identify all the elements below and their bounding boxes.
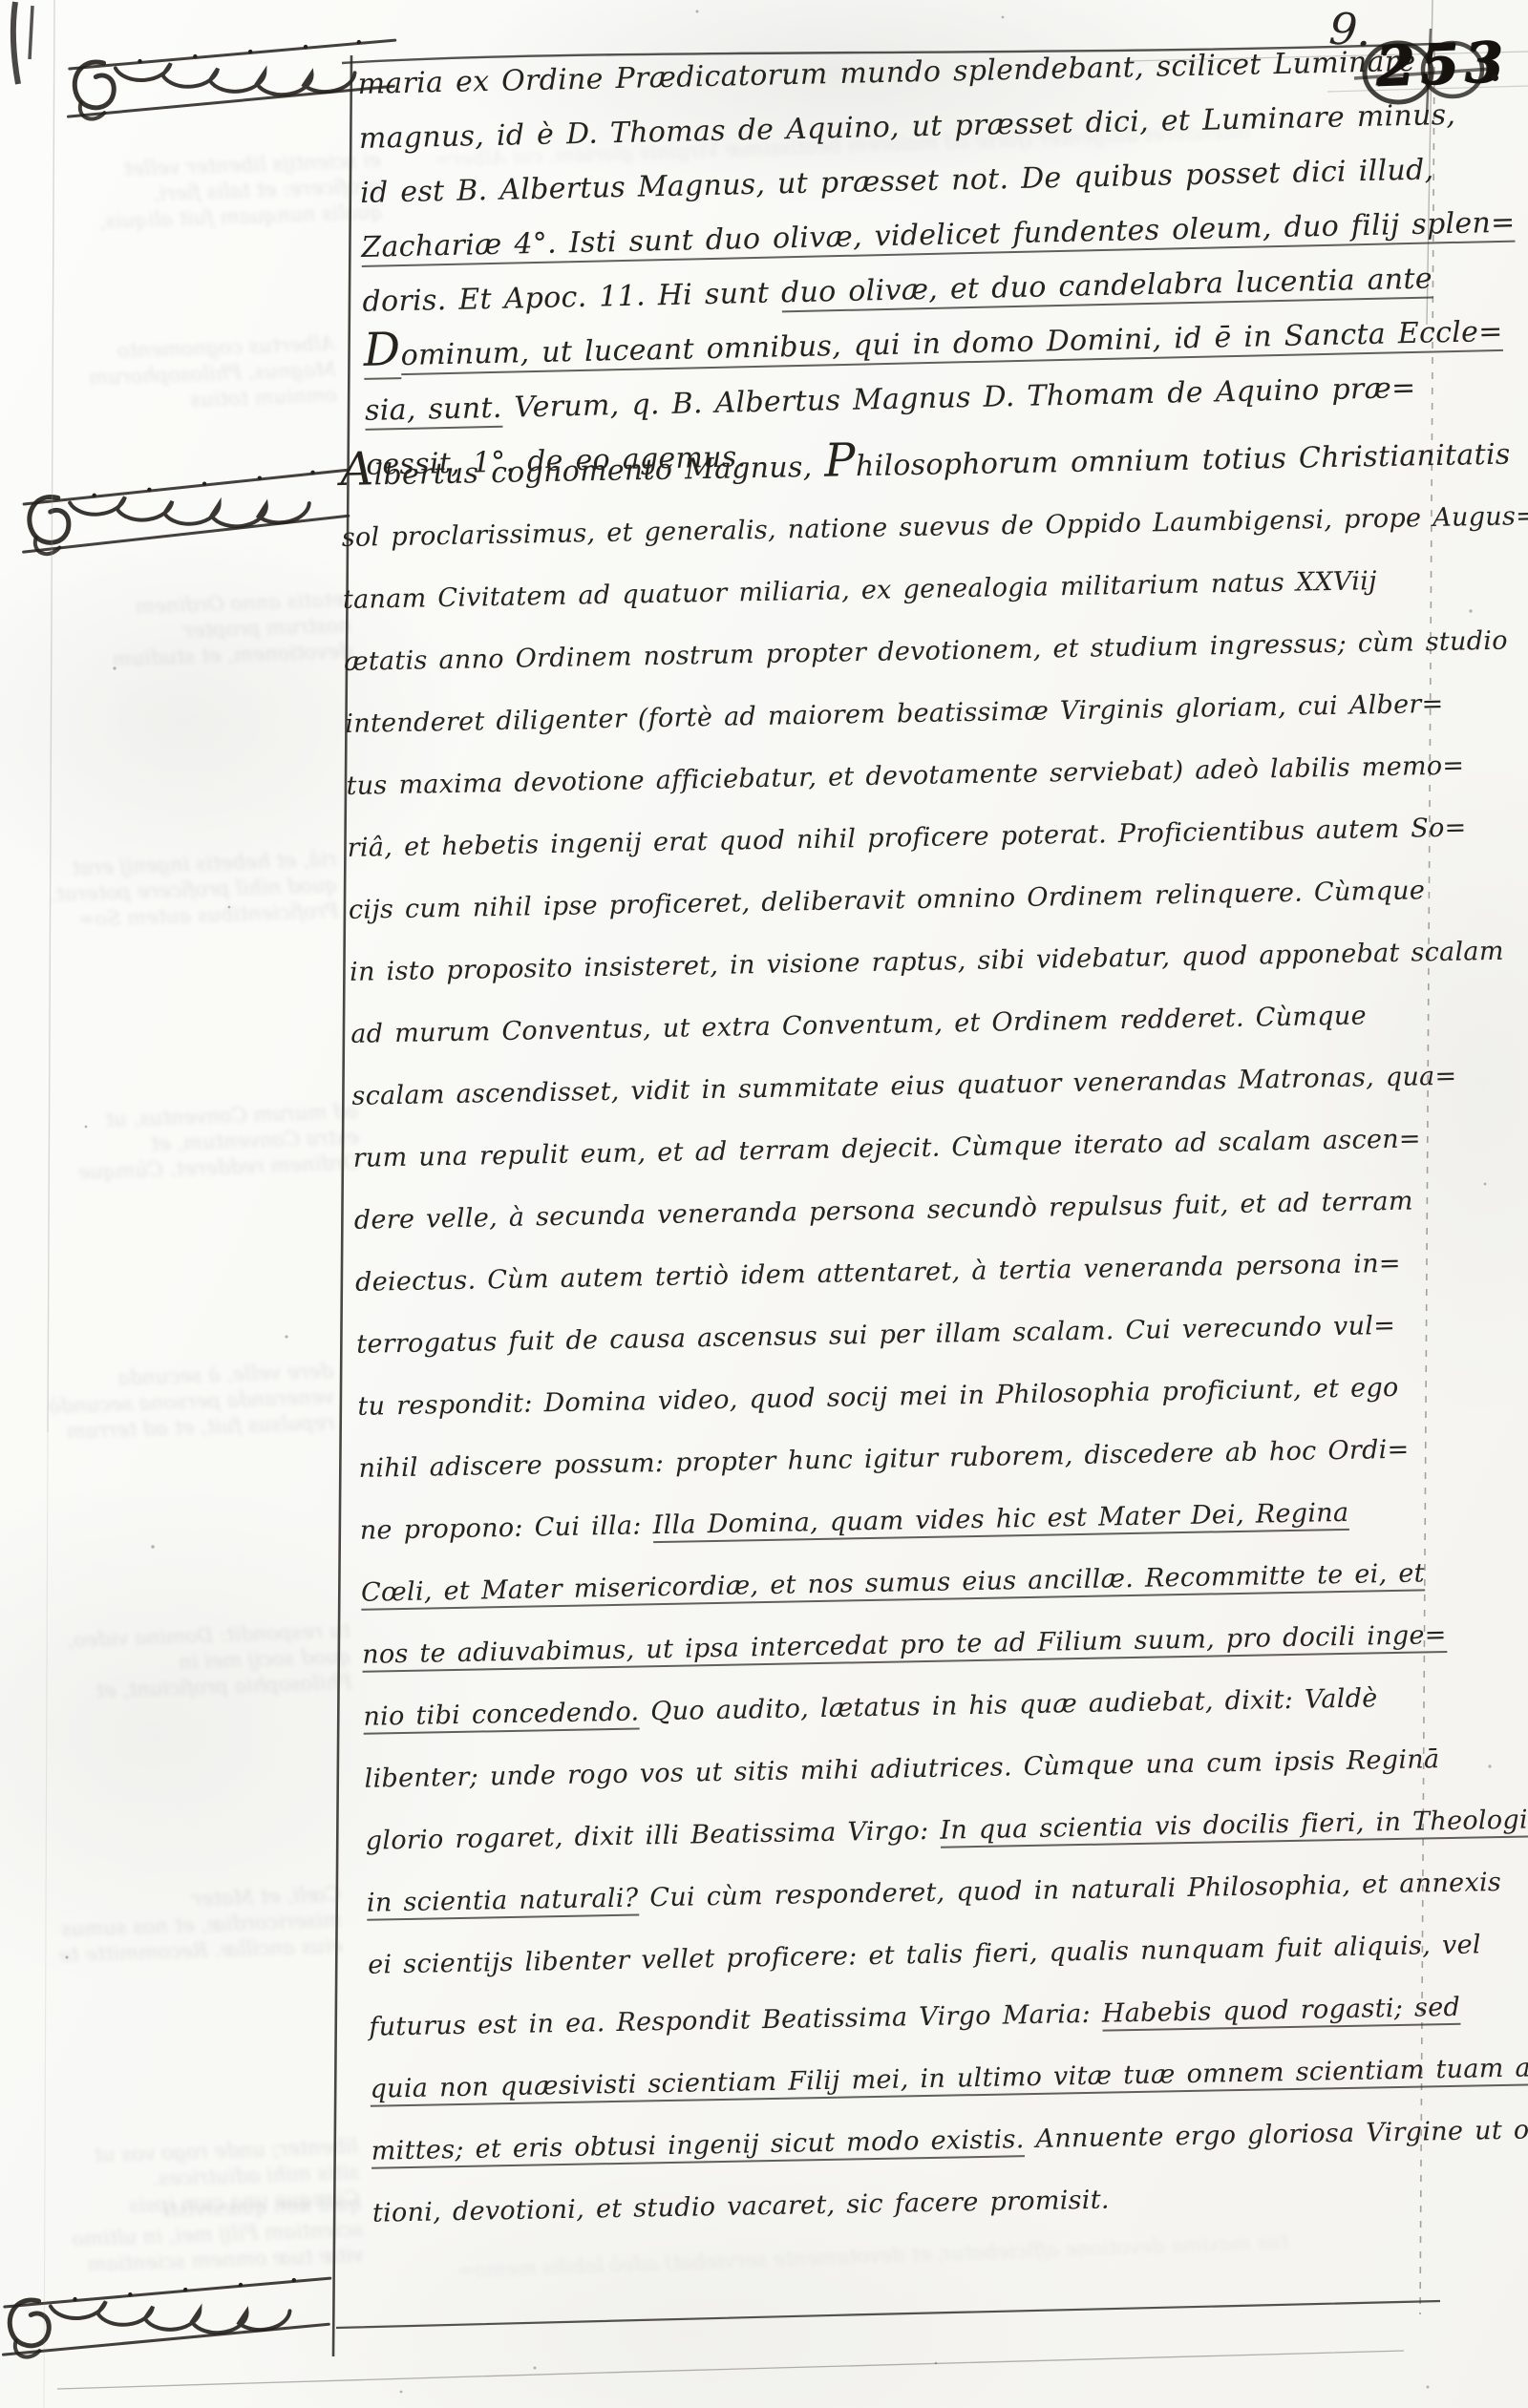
text-segment: In qua scientia vis docilis fieri, in Th… [940,1804,1528,1848]
margin-mark-top-left-2 [30,6,32,59]
ornamental-band-middle [19,468,353,556]
text-segment: nos te adiuvabimus, ut ipsa intercedat p… [362,1620,1447,1673]
bleed-through-line: Albertus cognomento Magnus, Philosophoru… [39,331,338,422]
text-segment: ætatis anno Ordinem nostrum propter devo… [344,626,1508,677]
text-segment: intenderet diligenter (fortè ad maiorem … [345,689,1444,739]
text-segment: cijs cum nihil ipse proficeret, delibera… [349,876,1426,925]
bleed-through-line: Cœli, et Mater misericordiæ, et nos sumu… [45,1882,344,1973]
bleed-through-line: dere velle, à secunda veneranda persona … [37,1359,336,1449]
paper-edge-line [48,0,54,1432]
text-segment: in isto proposito insisteret, in visione… [350,937,1504,987]
text-segment: doris. Et Apoc. 11. Hi sunt [362,276,781,319]
text-segment: Illa Domina, quam vides hic est Mater De… [652,1498,1348,1543]
text-segment: dere velle, à secunda veneranda persona … [354,1187,1413,1236]
ornamental-band-top [65,38,398,120]
text-segment: Annuente ergo gloriosa Virgine ut ora= [1024,2115,1528,2155]
bleed-through-line: tu respondit: Domina video, quod socij m… [54,1618,353,1709]
manuscript-page: 9. 253 Albertus cognomento Magnus, Philo… [0,0,1528,2408]
text-segment: terrogatus fuit de causa ascensus sui pe… [356,1311,1395,1360]
text-segment: libenter; unde rogo vos ut sitis mihi ad… [364,1744,1439,1794]
text-segment: hilosophorum omnium totius Christianitat… [856,438,1511,484]
text-segment: tioni, devotioni, et studio vacaret, sic… [372,2186,1110,2228]
text-segment: glorio rogaret, dixit illi Beatissima Vi… [366,1816,941,1856]
text-segment: quia non quæsivisti scientiam Filij mei,… [370,2053,1528,2107]
margin-mark-top-left-1 [13,2,18,84]
text-segment: tu respondit: Domina video, quod socij m… [357,1373,1399,1422]
text-segment: lbertus cognomento Magnus, [373,451,824,493]
intro-paragraph: maria ex Ordine Prædicatorum mundo splen… [357,33,1446,493]
text-segment: Habebis quod rogasti; sed [1102,1993,1461,2032]
text-segment: riâ, et hebetis ingenij erat quod nihil … [347,813,1466,862]
bleed-through-patch: tus maxima devotione afficiebatur, et de… [448,2229,1290,2316]
bleed-through-line: ætatis anno Ordinem nostrum propter devo… [54,587,353,678]
page-number: 9. [1327,7,1372,53]
text-segment: P [824,433,857,488]
text-segment: A [340,442,374,496]
bleed-through-line: quia non quæsivisti scientiam Filij mei,… [66,2191,365,2282]
text-segment: Quo audito, lætatus in his quæ audiebat,… [639,1683,1378,1726]
ornamental-band-bottom [0,2276,333,2358]
text-segment: deiectus. Cùm autem tertiò idem attentar… [355,1249,1401,1298]
text-segment: sia, sunt. [365,391,502,431]
text-segment: Zachariæ 4°. [361,226,569,267]
text-segment: duo olivæ, et duo candelabra lucentia an… [781,262,1433,312]
text-segment: nihil adiscere possum: propter hunc igit… [358,1435,1409,1484]
text-segment: scalam ascendisset, vidit in summitate e… [351,1062,1456,1111]
bottom-rule-faint [57,2351,1404,2389]
text-segment: Verum, q. B. Albertus Magnus D. Thomam d… [501,371,1416,425]
text-segment: ne propono: Cui illa: [360,1510,653,1546]
text-segment: ad murum Conventus, ut extra Conventum, … [350,1001,1367,1048]
text-segment: futurus est in ea. Respondit Beatissima … [369,1999,1102,2042]
text-segment: mittes; et eris obtusi ingenij sicut mod… [371,2124,1024,2169]
bleed-through-line: ei scientijs libenter vellet proficere: … [85,148,384,239]
bleed-through-line: riâ, et hebetis ingenij erat quod nihil … [41,847,340,938]
text-segment: tanam Civitatem ad quatuor miliaria, ex … [343,566,1377,615]
text-segment: ei scientijs libenter vellet proficere: … [368,1930,1481,1979]
text-segment: Cœli, et Mater misericordiæ, et nos sumu… [361,1558,1425,1610]
body-paragraph: Albertus cognomento Magnus, Philosophoru… [340,425,1461,2245]
crossed-folio-number: 253 [1375,34,1510,95]
stamp-period-dot [1492,74,1498,81]
text-segment: D [363,323,401,380]
text-segment: in scientia naturali? [367,1884,639,1921]
bleed-through-line: ad murum Conventus, ut extra Conventum, … [62,1099,361,1190]
text-segment: sol proclarissimus, et generalis, nation… [342,501,1528,553]
text-segment: rum una repulit eum, et ad terram dejeci… [352,1124,1421,1172]
text-segment: nio tibi concedendo. [363,1697,640,1734]
text-segment: tus maxima devotione afficiebatur, et de… [346,750,1464,800]
text-segment: Cui cùm responderet, quod in naturali Ph… [638,1868,1501,1913]
